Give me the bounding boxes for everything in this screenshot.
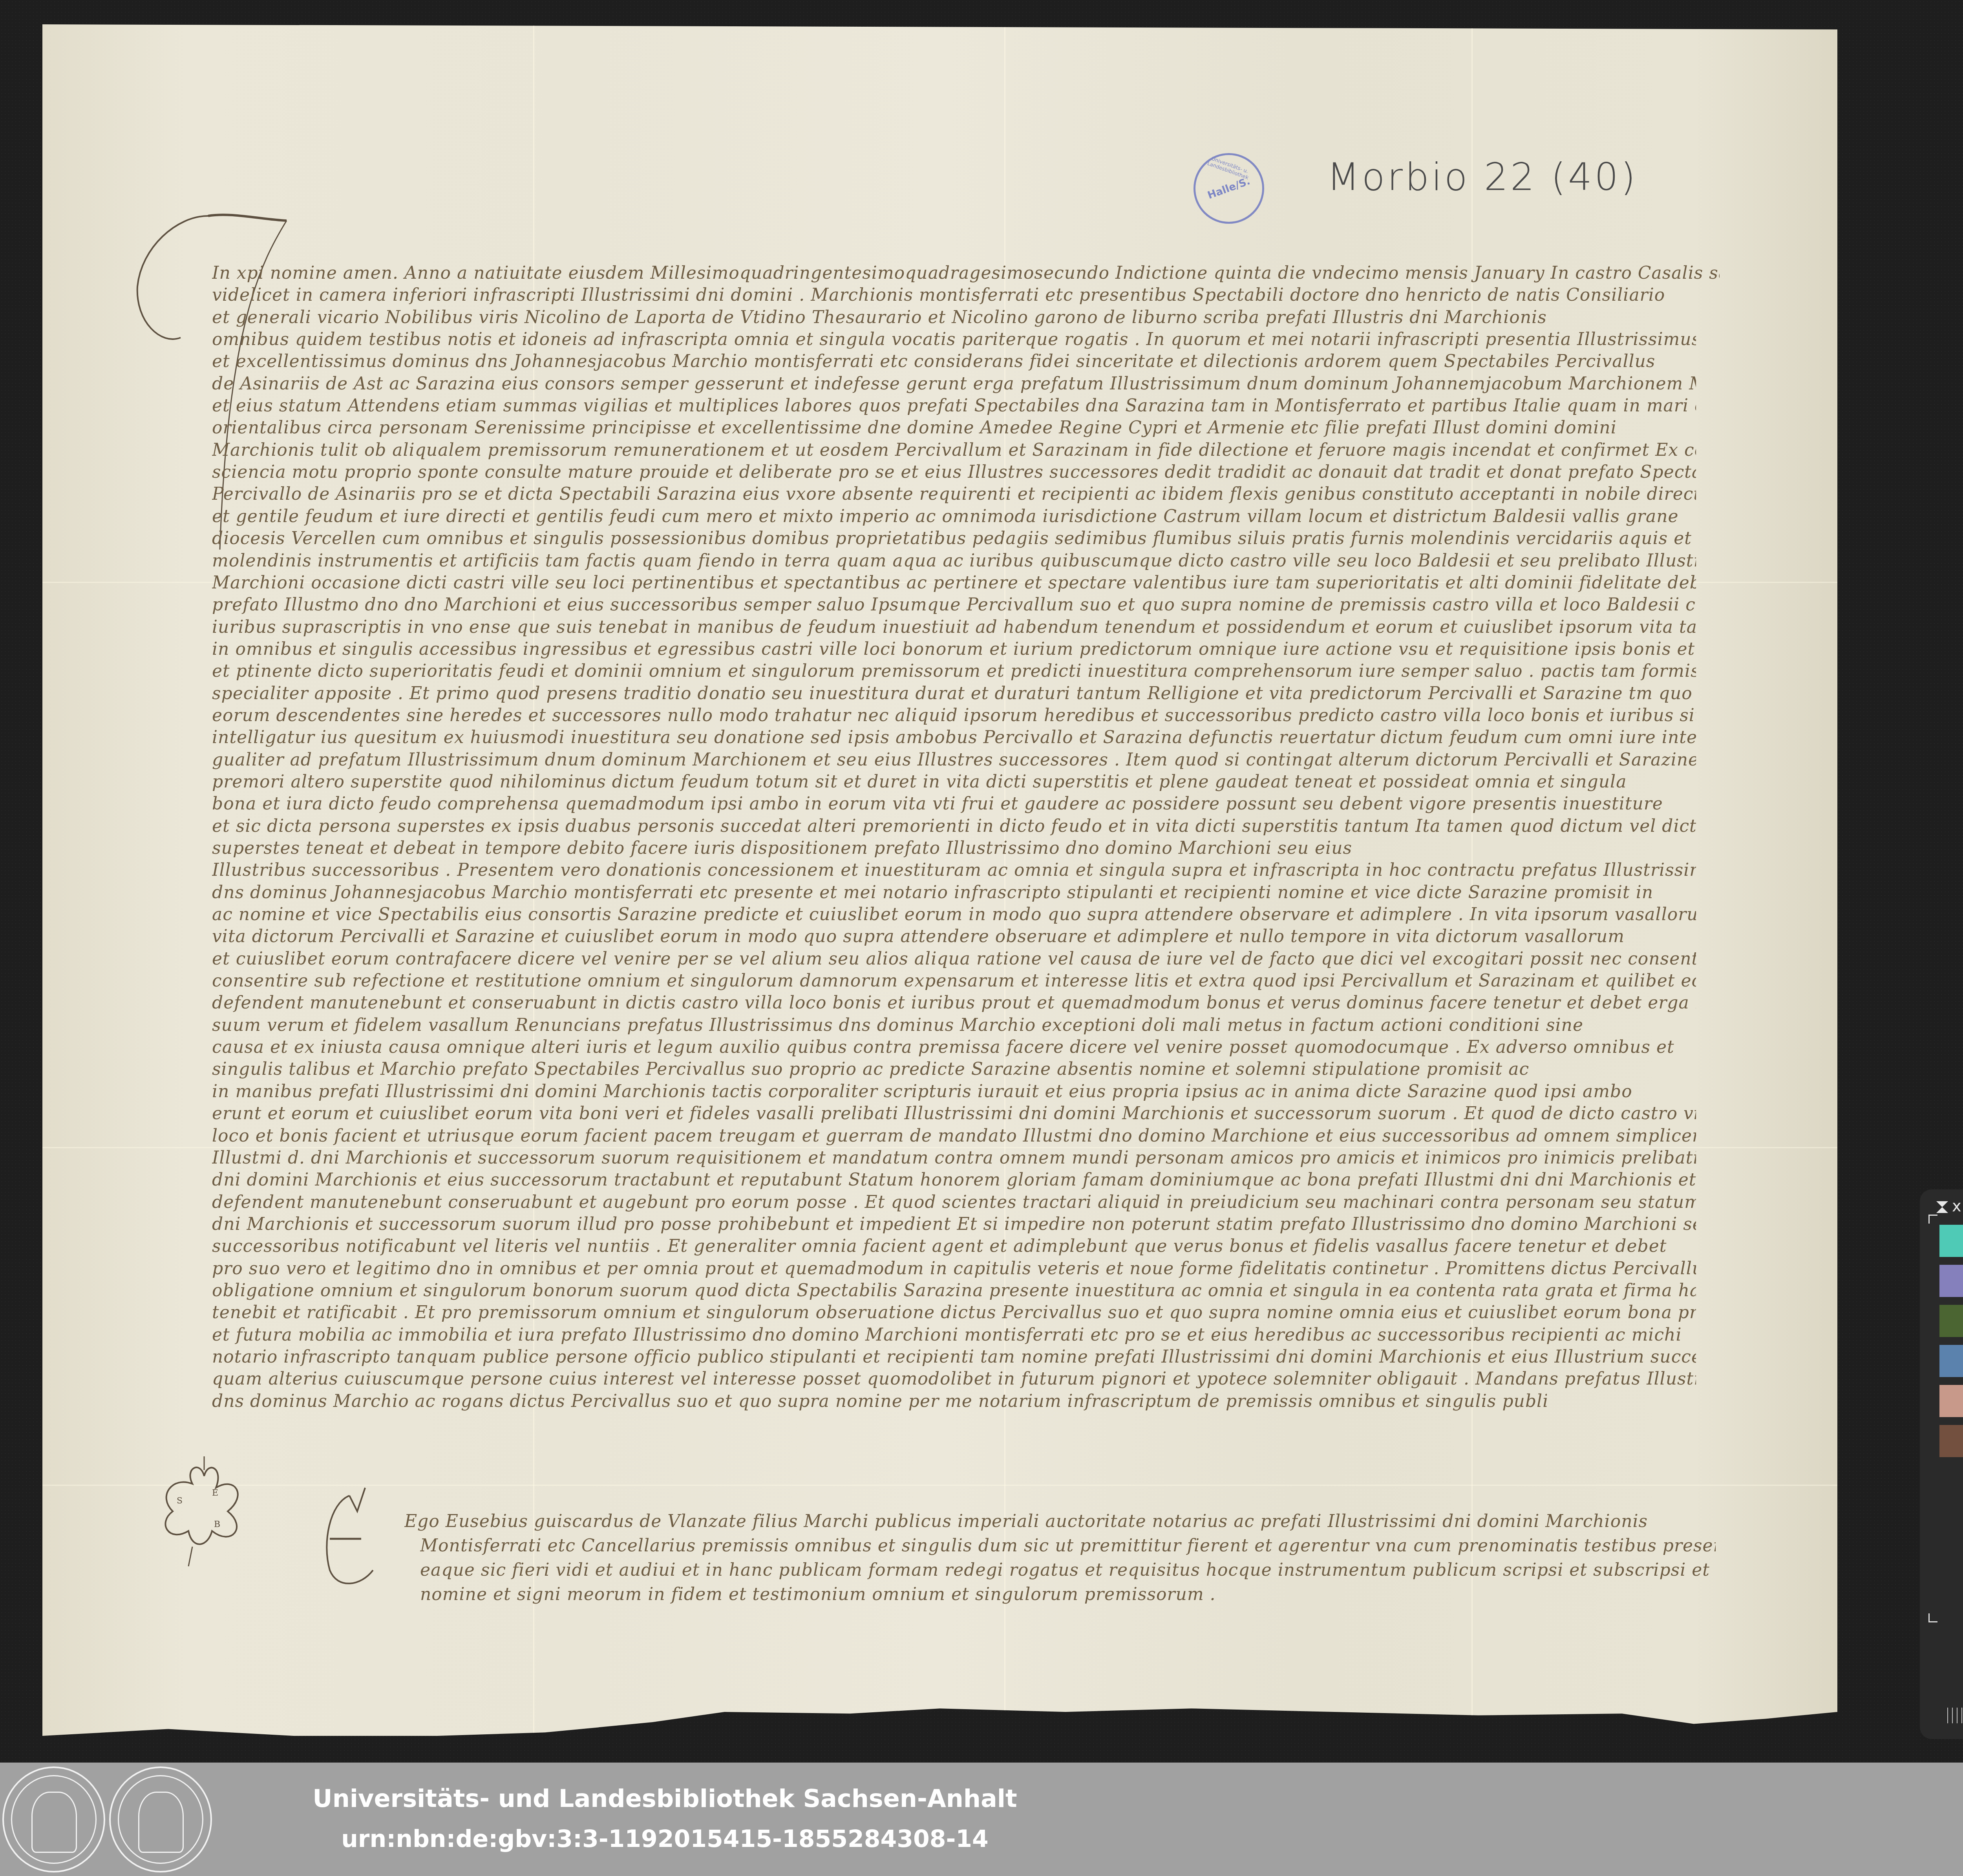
text-line: In xpi nomine amen. Anno a natiuitate ei… (212, 263, 1720, 283)
text-line: superstes teneat et debeat in tempore de… (212, 838, 1696, 858)
text-line: specialiter apposite . Et primo quod pre… (212, 683, 1696, 703)
text-line: Illustribus successoribus . Presentem ve… (212, 860, 1696, 880)
corner-mark (1928, 1215, 1937, 1224)
text-line: eorum descendentes sine heredes et succe… (212, 705, 1696, 725)
library-name: Universitäts- und Landesbibliothek Sachs… (0, 1784, 1793, 1813)
color-patch-light-skin (1939, 1385, 1963, 1417)
text-line: et sic dicta persona superstes ex ipsis … (212, 816, 1696, 836)
text-line: loco et bonis facient et utriusque eorum… (212, 1126, 1696, 1146)
text-line: quam alterius cuiuscumque persone cuius … (212, 1369, 1696, 1389)
text-line: Illustmi d. dni Marchionis et successoru… (212, 1148, 1696, 1168)
text-line: omnibus quidem testibus notis et idoneis… (212, 329, 1696, 349)
text-line: ac nomine et vice Spectabilis eius conso… (212, 904, 1696, 924)
text-line: Marchioni occasione dicti castri ville s… (212, 573, 1696, 593)
color-patch-grid (1939, 1225, 1963, 1457)
svg-text:B: B (214, 1520, 220, 1529)
text-line: et cuiuslibet eorum contrafacere dicere … (212, 949, 1696, 969)
text-line: molendinis instrumentis et artificiis ta… (212, 551, 1696, 571)
text-line: vita dictorum Percivalli et Sarazine et … (212, 926, 1696, 946)
text-line: consentire sub refectione et restitution… (212, 971, 1696, 991)
text-line: dns dominus Marchio ac rogans dictus Per… (212, 1391, 1547, 1411)
library-stamp: Universitäts- u. Landesbibliothek Halle/… (1194, 153, 1264, 224)
text-line: et futura mobilia ac immobilia et iura p… (212, 1325, 1696, 1345)
text-line: intelligatur ius quesitum ex huiusmodi i… (212, 727, 1696, 747)
color-patch-dark-skin (1939, 1425, 1963, 1457)
text-line: in manibus prefati Illustrissimi dni dom… (212, 1081, 1696, 1101)
text-line: Percivallo de Asinariis pro se et dicta … (212, 484, 1696, 504)
subscription-line: eaque sic fieri vidi et audiui et in han… (420, 1560, 1716, 1580)
text-line: tenebit et ratificabit . Et pro premisso… (212, 1302, 1696, 1323)
svg-text:S: S (177, 1496, 183, 1506)
text-line: singulis talibus et Marchio prefato Spec… (212, 1059, 1696, 1079)
text-line: bona et iura dicto feudo comprehensa que… (212, 794, 1696, 814)
text-line: premori altero superstite quod nihilomin… (212, 772, 1696, 792)
text-line: videlicet in camera inferiori infrascrip… (212, 285, 1696, 305)
text-line: et gentile feudum et iure directi et gen… (212, 506, 1696, 526)
shelfmark-annotation: Morbio 22 (40) (1327, 155, 1638, 199)
text-line: orientalibus circa personam Serenissime … (212, 418, 1696, 438)
corner-mark (1928, 1613, 1937, 1622)
text-line: et excellentissimus dominus dns Johannes… (212, 351, 1696, 371)
text-line: dni domini Marchionis et eius successoru… (212, 1170, 1696, 1190)
text-line: erunt et eorum et cuiuslibet eorum vita … (212, 1103, 1696, 1123)
text-line: causa et ex iniusta causa omnique alteri… (212, 1037, 1696, 1057)
text-line: pro suo vero et legitimo dno in omnibus … (212, 1259, 1696, 1279)
text-line: defendent manutenebunt et conseruabunt i… (212, 993, 1696, 1013)
subscription-line: Ego Eusebius guiscardus de Vlanzate fili… (404, 1511, 1700, 1531)
urn-identifier: urn:nbn:de:gbv:3:3-1192015415-1855284308… (0, 1825, 1793, 1853)
text-line: dni Marchionis et successorum suorum ill… (212, 1214, 1696, 1234)
text-line: de Asinariis de Ast ac Sarazina eius con… (212, 374, 1696, 394)
color-patch-blue-flower (1939, 1265, 1963, 1297)
notary-signum-icon: S E B (145, 1452, 263, 1570)
stamp-center-text: Halle/S. (1195, 172, 1262, 205)
subscription-line: Montisferrati etc Cancellarius premissis… (420, 1536, 1716, 1556)
text-line: in omnibus et singulis accessibus ingres… (212, 639, 1696, 659)
text-line: et generali vicario Nobilibus viris Nico… (212, 307, 1696, 327)
text-line: Marchionis tulit ob aliqualem premissoru… (212, 440, 1696, 460)
subscription-line: nomine et signi meorum in fidem et testi… (420, 1584, 1716, 1604)
text-line: diocesis Vercellen cum omnibus et singul… (212, 528, 1696, 548)
xrite-logo-icon (1936, 1200, 1949, 1214)
text-line: obligatione omnium et singulorum bonorum… (212, 1281, 1696, 1301)
mm-ruler (1947, 1708, 1963, 1723)
text-line: notario infrascripto tanquam publice per… (212, 1347, 1696, 1367)
xrite-logo: x·rite (1936, 1197, 1963, 1215)
text-line: iuribus suprascriptis in vno ense que su… (212, 617, 1696, 637)
seal-icon (109, 1766, 212, 1872)
text-line: et ptinente dicto superioritatis feudi e… (212, 661, 1696, 681)
color-checker-card: x·rite colorcheckerCLASSIC + mm (1920, 1189, 1963, 1739)
footer-bar: Universitäts- und Landesbibliothek Sachs… (0, 1763, 1963, 1876)
svg-text:E: E (212, 1488, 218, 1498)
text-line: dns dominus Johannesjacobus Marchio mont… (212, 882, 1696, 902)
text-line: suum verum et fidelem vasallum Renuncian… (212, 1015, 1696, 1035)
color-patch-foliage (1939, 1305, 1963, 1337)
text-line: gualiter ad prefatum Illustrissimum dnum… (212, 750, 1696, 770)
color-patch-blue-sky (1939, 1345, 1963, 1377)
color-patch-bluish-green (1939, 1225, 1963, 1257)
text-line: et eius statum Attendens etiam summas vi… (212, 396, 1696, 416)
text-line: successoribus notificabunt vel literis v… (212, 1236, 1696, 1256)
seal-icon (2, 1766, 105, 1872)
text-line: defendent manutenebunt conseruabunt et a… (212, 1192, 1696, 1212)
text-line: sciencia motu proprio sponte consulte ma… (212, 462, 1696, 482)
text-line: prefato Illustmo dno dno Marchioni et ei… (212, 595, 1696, 615)
